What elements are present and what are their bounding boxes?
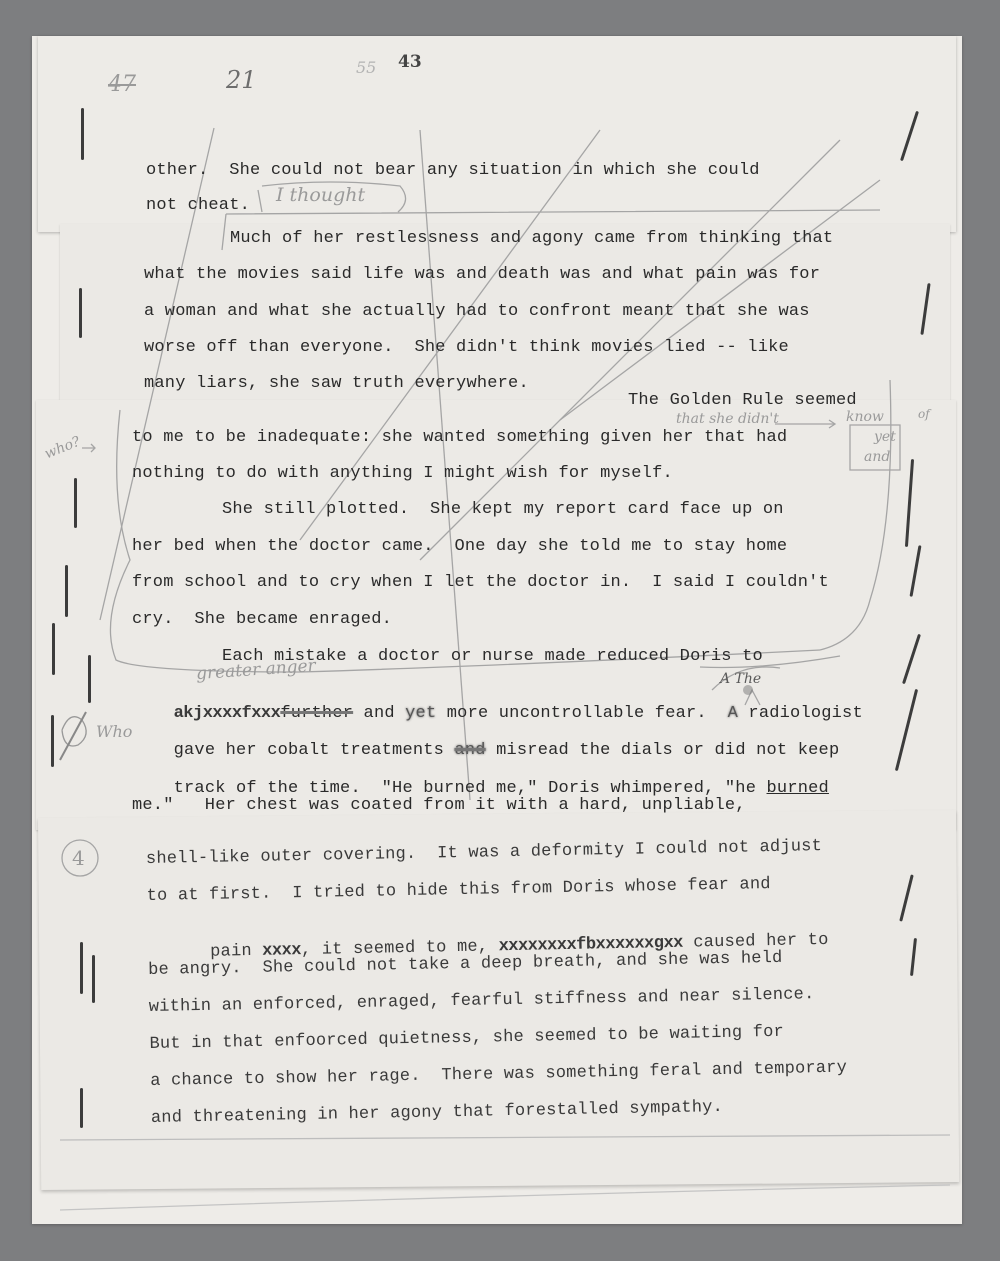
pencil-insertion-of: of xyxy=(918,407,930,421)
typed-line: many liars, she saw truth everywhere. xyxy=(144,374,529,394)
typed-line: a woman and what she actually had to con… xyxy=(144,302,810,322)
page-number-circled: 21 xyxy=(226,66,257,94)
staple-left-9 xyxy=(92,955,95,1003)
pencil-insertion-yet: yet xyxy=(874,429,896,445)
staple-left-10 xyxy=(80,1088,83,1128)
typed-line: other. She could not bear any situation … xyxy=(146,161,760,181)
typed-line: to me to be inadequate: she wanted somet… xyxy=(132,428,787,448)
staple-left-5 xyxy=(52,623,55,675)
typed-line: me." Her chest was coated from it with a… xyxy=(132,796,746,816)
typed-line: She still plotted. She kept my report ca… xyxy=(222,500,784,520)
staple-left-4 xyxy=(65,565,68,617)
pencil-insertion-that-she-didnt: that she didn't xyxy=(676,411,779,427)
staple-left-2 xyxy=(79,288,82,338)
staple-left-6 xyxy=(88,655,91,703)
underlined-word: burned xyxy=(767,779,829,798)
pencil-insertion-know: know xyxy=(846,409,884,425)
pencil-insertion-i-thought: I thought xyxy=(276,184,365,206)
text-segment: misread the dials or did not keep xyxy=(486,741,840,760)
typed-line: from school and to cry when I let the do… xyxy=(132,573,829,593)
typed-line: The Golden Rule seemed xyxy=(628,391,857,411)
typed-line: cry. She became enraged. xyxy=(132,610,392,630)
typed-line: her bed when the doctor came. One day sh… xyxy=(132,537,787,557)
pencil-insertion-and: and xyxy=(864,449,890,465)
typed-line: nothing to do with anything I might wish… xyxy=(132,464,673,484)
staple-left-7 xyxy=(51,715,54,767)
staple-left-1 xyxy=(81,108,84,160)
typed-line: Much of her restlessness and agony came … xyxy=(230,229,833,249)
section-marker: 4 xyxy=(72,846,85,870)
typed-line: worse off than everyone. She didn't thin… xyxy=(144,338,789,358)
page-number-crossed-out: 47 xyxy=(108,72,136,97)
typed-line: not cheat. xyxy=(146,196,250,216)
staple-left-8 xyxy=(80,942,83,994)
manuscript-scan: 47 21 55 43 other. She could not bear an… xyxy=(0,0,1000,1261)
page-number-current: 43 xyxy=(398,52,422,72)
typed-line: what the movies said life was and death … xyxy=(144,265,820,285)
staple-left-3 xyxy=(74,478,77,528)
margin-note-who: Who xyxy=(96,722,132,741)
crossed-word: and xyxy=(454,741,485,760)
page-number-faint: 55 xyxy=(356,58,376,77)
text-segment: gave her cobalt treatments xyxy=(174,741,455,760)
